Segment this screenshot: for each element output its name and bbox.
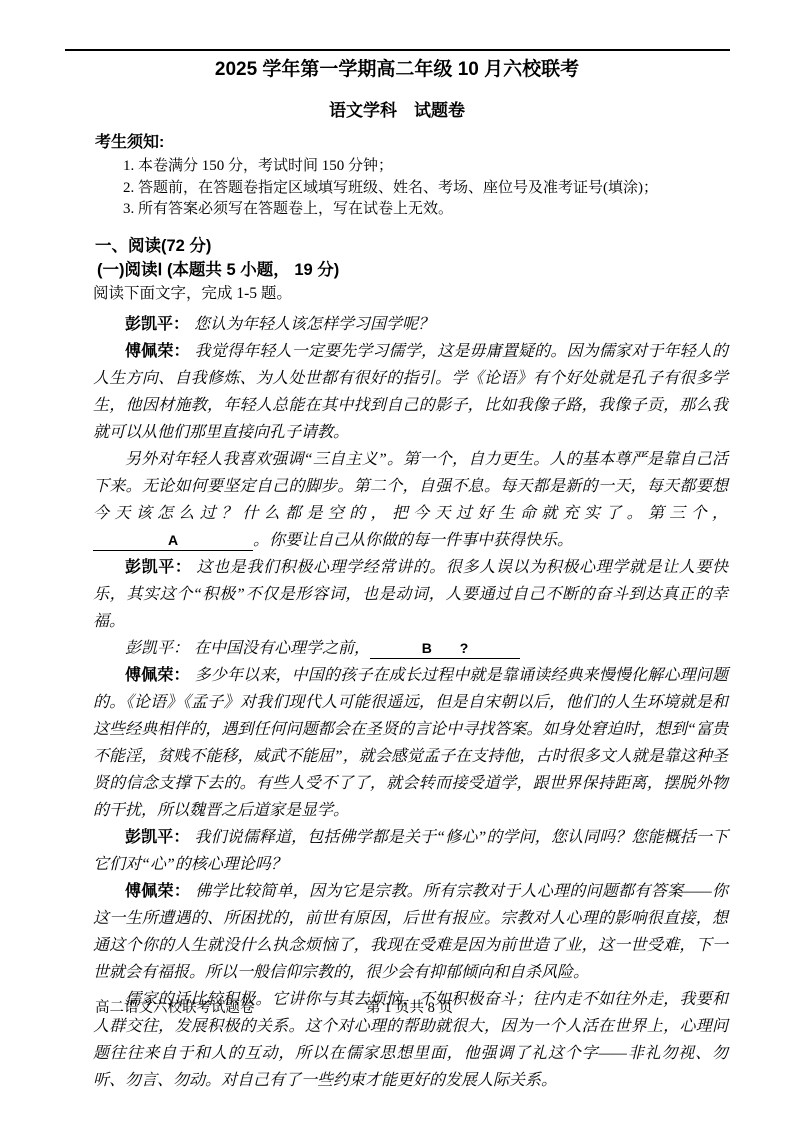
section-subheading: (一)阅读Ⅰ (本题共 5 小题， 19 分) bbox=[97, 260, 728, 280]
dialogue-paragraph: 傅佩荣：佛学比较简单，因为它是宗教。所有宗教对于人心理的问题都有答案——你这一生… bbox=[93, 878, 728, 986]
header-rule bbox=[65, 49, 730, 51]
candidate-notice: 考生须知: 1. 本卷满分 150 分，考试时间 150 分钟；2. 答题前，在… bbox=[95, 133, 728, 221]
dialogue-paragraph: 彭凯平：我们说儒释道，包括佛学都是关于“修心”的学问，您认同吗？您能概括一下它们… bbox=[93, 824, 728, 878]
speaker-name: 彭凯平： bbox=[125, 316, 189, 333]
speaker-name: 彭凯平： bbox=[125, 559, 192, 576]
dialogue-paragraph: 彭凯平：在中国没有心理学之前，B ? bbox=[93, 635, 728, 662]
page-subtitle: 语文学科 试题卷 bbox=[0, 100, 794, 121]
section-heading: 一、阅读(72 分) bbox=[95, 236, 728, 256]
answer-blank: A bbox=[93, 530, 253, 551]
speaker-name: 傅佩荣： bbox=[125, 883, 190, 900]
notice-heading: 考生须知: bbox=[95, 133, 728, 152]
dialogue-paragraph: 傅佩荣：我觉得年轻人一定要先学习儒学，这是毋庸置疑的。因为儒家对于年轻人的人生方… bbox=[93, 338, 728, 446]
dialogue-paragraph: 彭凯平：您认为年轻人该怎样学习国学呢？ bbox=[93, 311, 728, 338]
footer-page-number: 第 1 页共 8 页 bbox=[366, 999, 453, 1017]
notice-list: 1. 本卷满分 150 分，考试时间 150 分钟；2. 答题前，在答题卷指定区… bbox=[95, 156, 728, 221]
notice-item: 1. 本卷满分 150 分，考试时间 150 分钟； bbox=[123, 156, 728, 178]
dialogue-paragraph: 傅佩荣：多少年以来，中国的孩子在成长过程中就是靠诵读经典来慢慢化解心理问题的。《… bbox=[93, 662, 728, 824]
dialogue: 彭凯平：您认为年轻人该怎样学习国学呢？傅佩荣：我觉得年轻人一定要先学习儒学，这是… bbox=[93, 311, 728, 1094]
dialogue-paragraph: 另外对年轻人我喜欢强调“三自主义”。第一个，自力更生。人的基本尊严是靠自己活下来… bbox=[93, 446, 728, 554]
answer-blank: B ? bbox=[370, 638, 520, 659]
speaker-name: 彭凯平： bbox=[125, 640, 189, 657]
speaker-name: 彭凯平： bbox=[125, 829, 189, 846]
footer-doc-label: 高二语文六校联考试题卷 bbox=[95, 999, 255, 1017]
notice-item: 2. 答题前，在答题卷指定区域填写班级、姓名、考场、座位号及准考证号(填涂)； bbox=[123, 178, 728, 200]
speaker-name: 傅佩荣： bbox=[125, 667, 190, 684]
page-title: 2025 学年第一学期高二年级 10 月六校联考 bbox=[0, 58, 794, 81]
notice-item: 3. 所有答案必须写在答题卷上，写在试卷上无效。 bbox=[123, 199, 728, 221]
reading-instruction: 阅读下面文字，完成 1-5 题。 bbox=[93, 284, 728, 304]
speaker-name: 傅佩荣： bbox=[125, 343, 190, 360]
dialogue-paragraph: 彭凯平：这也是我们积极心理学经常讲的。很多人误以为积极心理学就是让人要快乐，其实… bbox=[93, 554, 728, 635]
exam-paper-page: 2025 学年第一学期高二年级 10 月六校联考 语文学科 试题卷 考生须知: … bbox=[0, 0, 794, 1122]
